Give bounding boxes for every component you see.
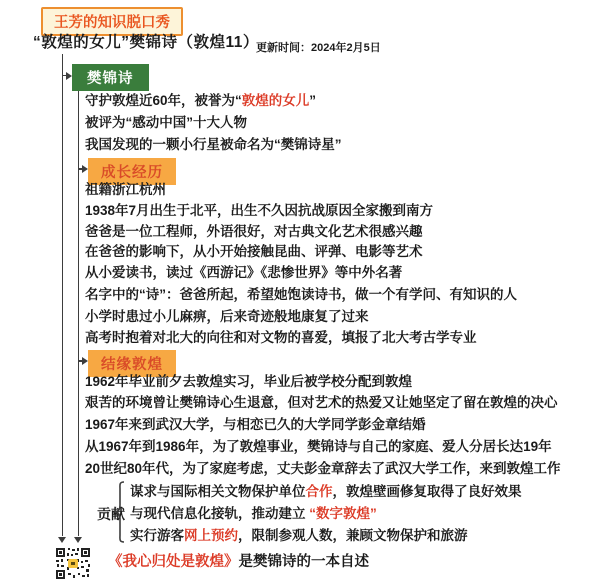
node-fan-jinshi: 樊锦诗	[72, 64, 149, 91]
contribution-line-2: 与现代信息化接轨，推动建立 “数字敦煌”	[130, 505, 377, 523]
update-time: 更新时间：2024年2月5日	[256, 39, 381, 55]
contrib-3-highlight: 网上预约	[184, 528, 238, 543]
growth-line: 祖籍浙江杭州	[85, 181, 166, 199]
fan-line-2: 被评为“感动中国”十大人物	[85, 114, 247, 132]
contrib-1-highlight: 合作	[306, 484, 333, 499]
arrow-down-icon	[74, 537, 82, 543]
contribution-line-1: 谋求与国际相关文物保护单位合作，敦煌壁画修复取得了良好效果	[130, 483, 522, 501]
growth-line: 爸爸是一位工程师，外语很好，对古典文化艺术很感兴趣	[85, 223, 423, 241]
bond-line: 艰苦的环境曾让樊锦诗心生退意，但对艺术的热爱又让她坚定了留在敦煌的决心	[85, 394, 558, 412]
footer-book-note: 《我心归处是敦煌》是樊锦诗的一本自述	[108, 550, 369, 571]
bond-line: 从1967年到1986年，为了敦煌事业，樊锦诗与自己的家庭、爱人分居长达19年	[85, 438, 552, 456]
growth-line: 从小爱读书，读过《西游记》《悲惨世界》等中外名著	[85, 264, 402, 282]
fan-line-1: 守护敦煌近60年，被誉为“敦煌的女儿”	[85, 92, 316, 110]
contrib-3-pre: 实行游客	[130, 528, 184, 543]
contribution-line-3: 实行游客网上预约，限制参观人数，兼顾文物保护和旅游	[130, 527, 468, 545]
book-title: 《我心归处是敦煌》	[108, 554, 239, 570]
brace-icon	[114, 481, 126, 543]
arrow-down-icon	[58, 537, 66, 543]
growth-line: 名字中的“诗”：爸爸所起，希望她饱读诗书，做一个有学问、有知识的人	[85, 286, 517, 304]
growth-line: 在爸爸的影响下，从小开始接触昆曲、评弹、电影等艺术	[85, 243, 423, 261]
contrib-1-pre: 谋求与国际相关文物保护单位	[130, 484, 306, 499]
branch-line	[78, 88, 80, 536]
fan-line-1-pre: 守护敦煌近60年，被誉为“	[85, 93, 242, 108]
contrib-1-post: ，敦煌壁画修复取得了良好效果	[333, 484, 522, 499]
contrib-2-pre: 与现代信息化接轨，推动建立	[130, 506, 309, 521]
growth-line: 1938年7月出生于北平，出生不久因抗战原因全家搬到南方	[85, 202, 433, 220]
qr-code	[55, 547, 91, 580]
growth-line: 小学时患过小儿麻痹，后来奇迹般地康复了过来	[85, 308, 369, 326]
fan-line-1-post: ”	[309, 93, 316, 108]
bond-line: 1962年毕业前夕去敦煌实习，毕业后被学校分配到敦煌	[85, 373, 412, 391]
growth-line: 高考时抱着对北大的向往和对文物的喜爱，填报了北大考古学专业	[85, 329, 477, 347]
bond-line: 20世纪80年代，为了家庭考虑，丈夫彭金章辞去了武汉大学工作，来到敦煌工作	[85, 460, 561, 478]
contrib-3-post: ，限制参观人数，兼顾文物保护和旅游	[238, 528, 468, 543]
bond-line: 1967年来到武汉大学，与相恋已久的大学同学彭金章结婚	[85, 416, 426, 434]
trunk-line	[62, 54, 64, 536]
fan-line-3: 我国发现的一颗小行星被命名为“樊锦诗星”	[85, 136, 342, 154]
page-title: “敦煌的女儿”樊锦诗（敦煌11）	[33, 30, 259, 52]
fan-line-1-highlight: 敦煌的女儿	[242, 93, 310, 108]
contrib-2-highlight: “数字敦煌”	[309, 506, 377, 521]
book-note-rest: 是樊锦诗的一本自述	[239, 554, 370, 570]
